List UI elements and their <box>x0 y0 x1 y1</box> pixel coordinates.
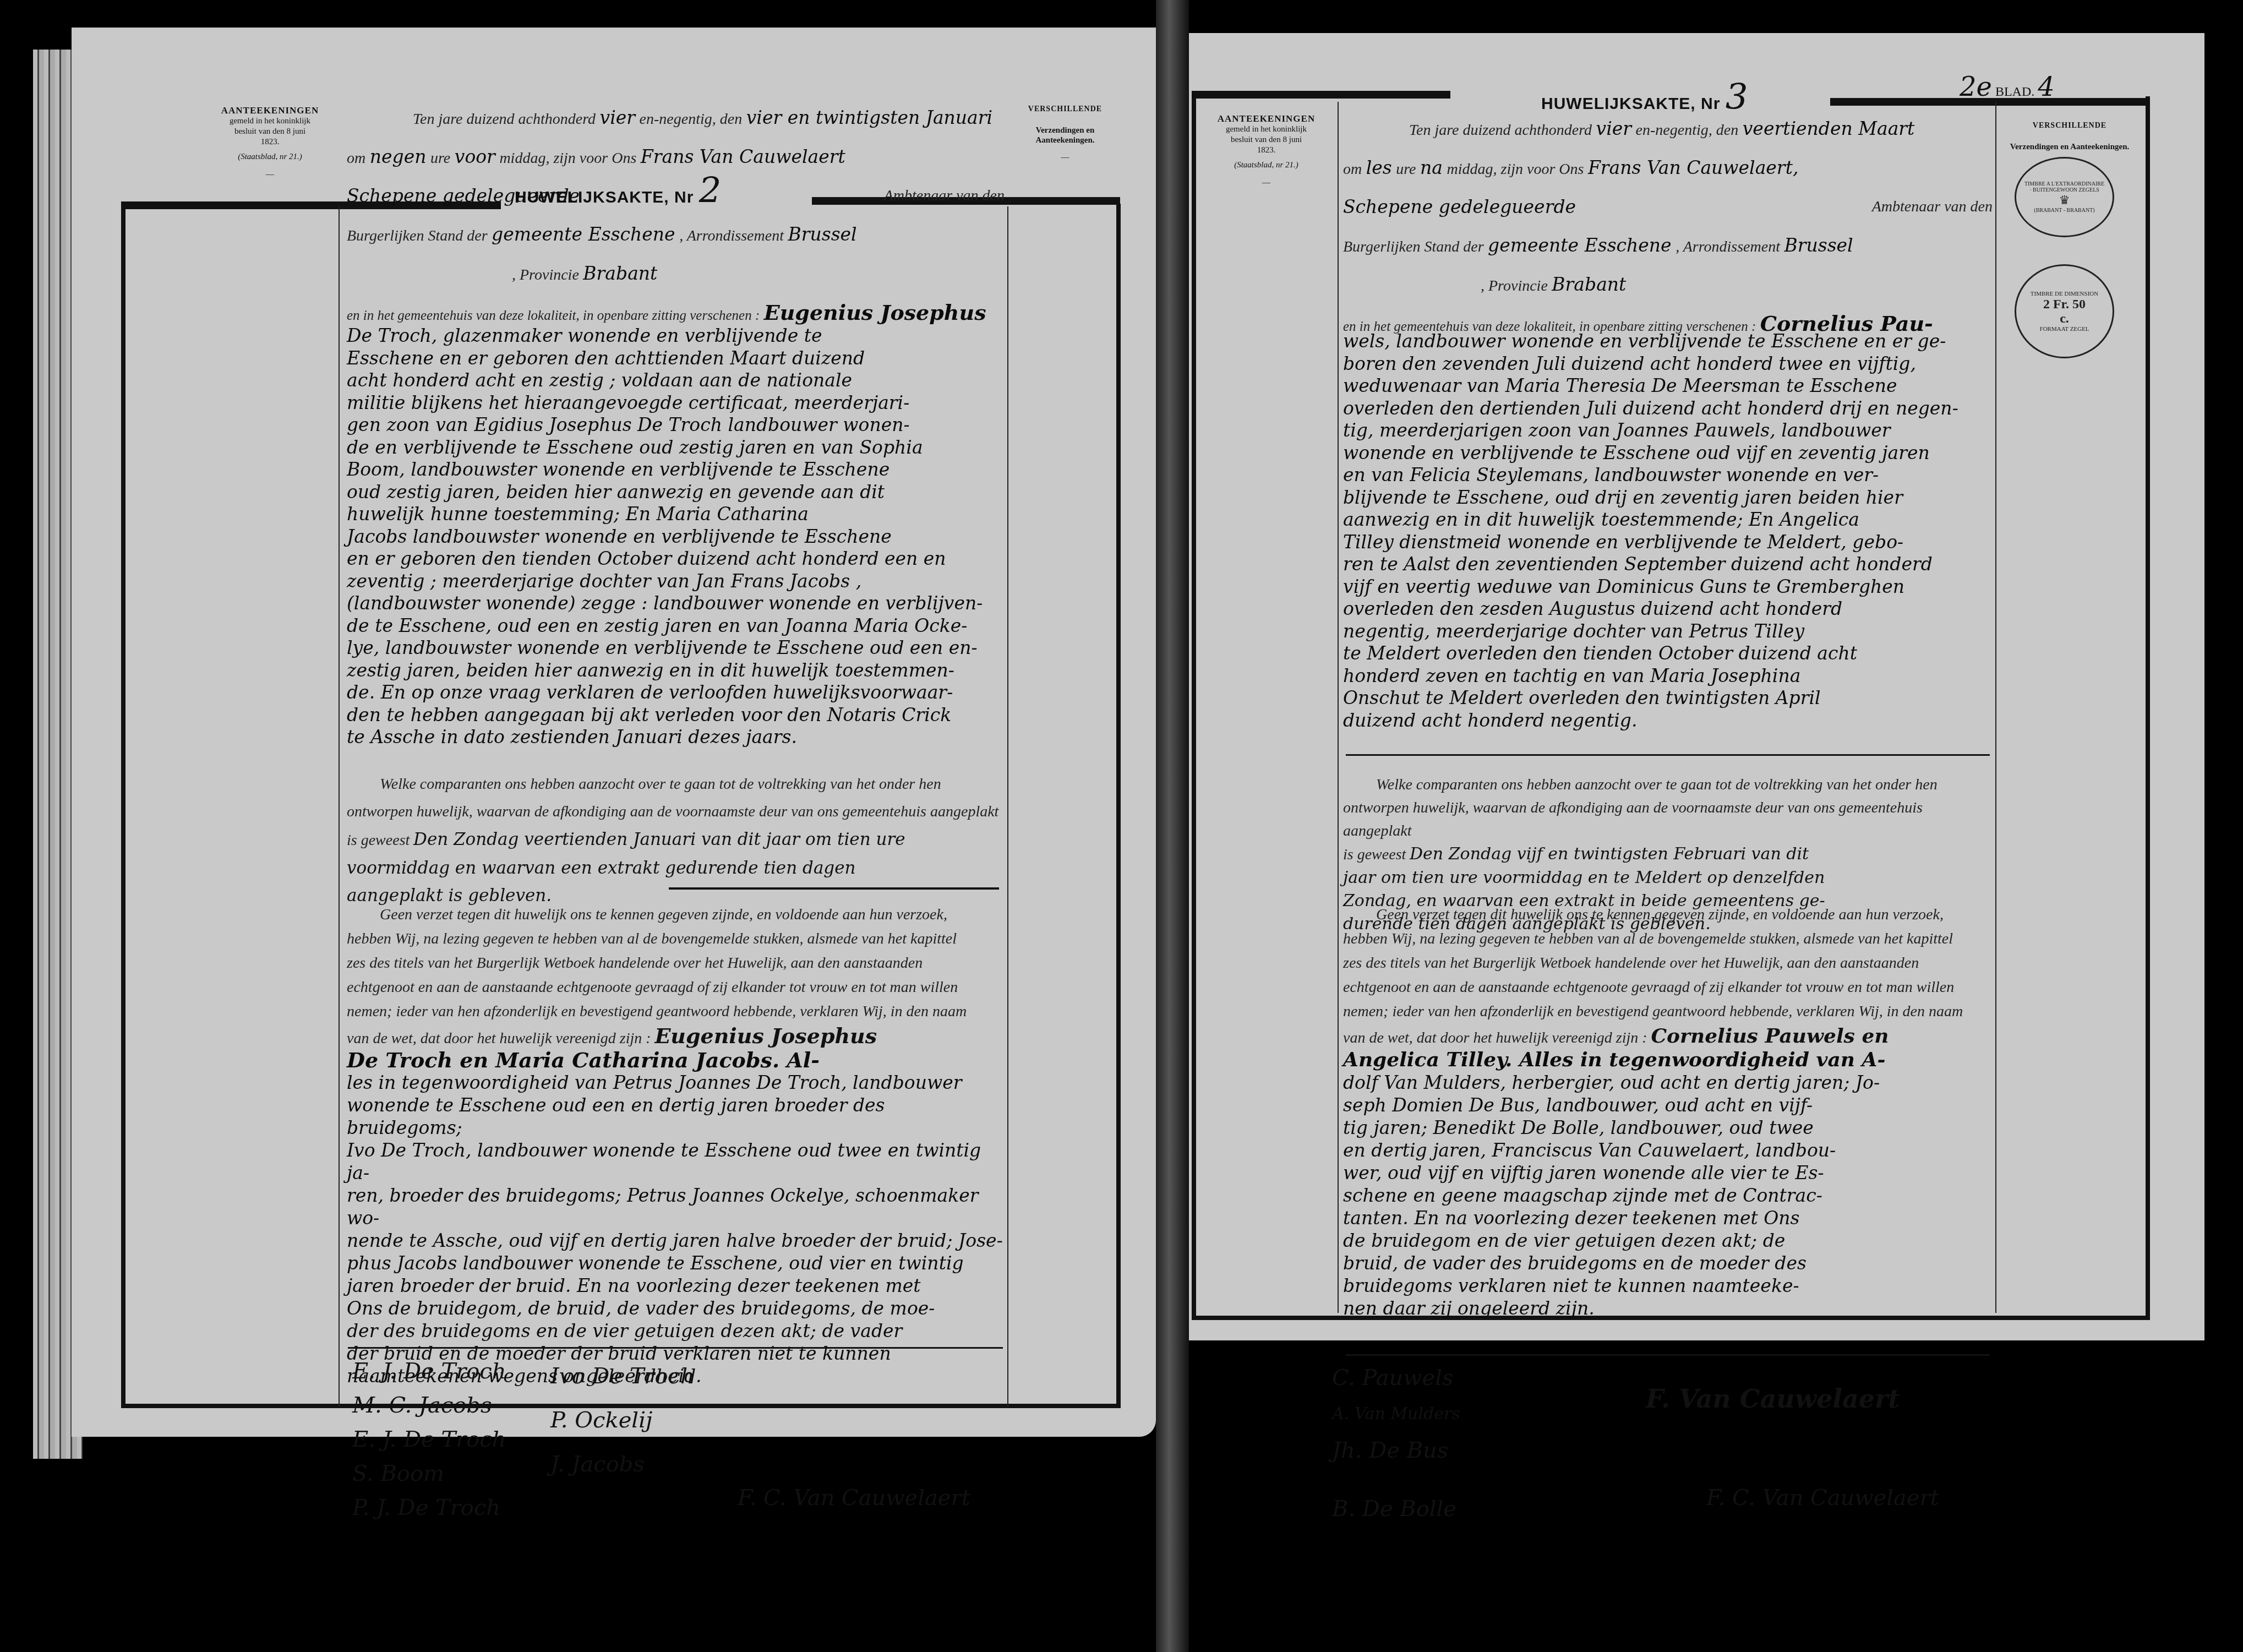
aanteekeningen-line: gemeld in het koninklijk <box>208 116 332 127</box>
handwritten-hour: negen <box>370 146 427 167</box>
left-aanteekeningen: AANTEEKENINGEN gemeld in het koninklijk … <box>208 105 332 180</box>
printed-line: Welke comparanten ons hebben aanzocht ov… <box>1343 773 1993 797</box>
body-line: Onschut te Meldert overleden den twintig… <box>1343 687 1993 710</box>
right-verzendingen: VERSCHILLENDE Verzendingen en Aanteekeni… <box>1998 121 2141 152</box>
body-line: bruidegoms verklaren niet te kunnen naam… <box>1343 1274 1993 1297</box>
printed-text: is geweest <box>347 832 410 849</box>
printed-line: nemen; ieder van hen afzonderlijk en bev… <box>1343 1000 1993 1024</box>
handwritten-province: Brabant <box>1552 274 1626 295</box>
verschillende-heading: VERSCHILLENDE <box>1013 105 1117 115</box>
body-line: phus Jacobs landbouwer wonende te Essche… <box>347 1252 1005 1274</box>
printed-line: ontworpen huwelijk, waarvan de afkondigi… <box>1343 797 1993 843</box>
right-intro: Ten jare duizend achthonderd vier en-neg… <box>1343 110 1993 346</box>
printed-text: Ten jare duizend achthonderd <box>413 111 596 128</box>
dimension-stamp: TIMBRE DE DIMENSION 2 Fr. 50 c. FORMAAT … <box>2015 264 2114 358</box>
aanteekeningen-staatsblad: (Staatsblad, nr 21.) <box>1199 160 1334 171</box>
publication-hand-line: Den Zondag vijf en twintigsten Februari … <box>1410 844 1809 864</box>
left-margin-divider <box>339 206 340 1406</box>
printed-line: nemen; ieder van hen afzonderlijk en bev… <box>347 1000 1005 1024</box>
handwritten-title: Schepene gedelegueerde <box>1343 196 1576 217</box>
folio-number: 4 <box>2038 72 2055 102</box>
folio-prefix: 2e <box>1960 72 1992 102</box>
dash: — <box>1199 178 1334 188</box>
left-margin-divider <box>1338 102 1339 1313</box>
stamp-value: 2 Fr. 50 c. <box>2043 297 2087 326</box>
handwritten-ampm: na <box>1420 157 1443 178</box>
aanteekeningen-heading: AANTEEKENINGEN <box>1199 113 1334 124</box>
body-line: acht honderd acht en zestig ; voldaan aa… <box>347 369 1005 392</box>
handwritten-officer: Frans Van Cauwelaert <box>641 146 845 167</box>
printed-line: hebben Wij, na lezing gegeven te hebben … <box>347 927 1005 951</box>
body-line: overleden den dertienden Juli duizend ac… <box>1343 397 1993 420</box>
body-line: der des bruidegoms en de vier getuigen d… <box>347 1320 1005 1342</box>
body-line: wonende en verblijvende te Esschene oud … <box>1343 442 1993 465</box>
section-rule <box>1346 754 1990 756</box>
body-line: de. En op onze vraag verklaren de verloo… <box>347 681 1005 704</box>
right-signatures-col1: C. Pauwels A. Van Mulders Jh. De Bus B. … <box>1332 1360 1460 1527</box>
body-line: aanwezig en in dit huwelijk toestemmende… <box>1343 509 1993 531</box>
body-line: seph Domien De Bus, landbouwer, oud acht… <box>1343 1094 1993 1116</box>
right-declaration: Geen verzet tegen dit huwelijk ons te ke… <box>1343 903 1993 1050</box>
body-line: tanten. En na voorlezing dezer teekenen … <box>1343 1207 1993 1229</box>
aanteekeningen-heading: AANTEEKENINGEN <box>208 105 332 116</box>
body-line: wonende te Esschene oud een en dertig ja… <box>347 1094 1005 1139</box>
aanteekeningen-line: 1823. <box>1199 145 1334 156</box>
folio-label: BLAD. <box>1995 85 2034 99</box>
body-line: wer, oud vijf en vijftig jaren wonende a… <box>1343 1162 1993 1184</box>
printed-text: ure <box>430 150 450 167</box>
dash: — <box>208 170 332 180</box>
handwritten-ampm: voor <box>455 146 495 167</box>
body-line: blijvende te Esschene, oud drij en zeven… <box>1343 487 1993 509</box>
body-line: den te hebben aangegaan bij akt verleden… <box>347 704 1005 727</box>
signature-rule <box>348 1347 1003 1349</box>
spouse-names: Eugenius Josephus <box>654 1023 877 1048</box>
printed-text: en in het gemeentehuis van deze lokalite… <box>347 308 760 323</box>
printed-line: ontworpen huwelijk, waarvan de afkondigi… <box>347 798 1005 826</box>
aanteekeningen-line: gemeld in het koninklijk <box>1199 124 1334 135</box>
printed-line: echtgenoot en aan de aanstaande echtgeno… <box>347 975 1005 1000</box>
body-line: dolf Van Mulders, herbergier, oud acht e… <box>1343 1071 1993 1094</box>
handwritten-year: vier <box>600 107 636 128</box>
body-line: bruid, de vader des bruidegoms en de moe… <box>1343 1252 1993 1274</box>
body-line: zeventig ; meerderjarige dochter van Jan… <box>347 570 1005 593</box>
left-signatures-col1: E. J. De Troch M. C. Jacobs E. J. De Tro… <box>352 1354 506 1525</box>
book-gutter <box>1156 0 1189 1652</box>
body-line: (landbouwster wonende) zegge : landbouwe… <box>347 592 1005 615</box>
verzendingen-subheading: Verzendingen en Aanteekeningen. <box>1013 126 1117 146</box>
body-line: nen daar zij ongeleerd zijn. <box>1343 1297 1993 1320</box>
right-officer-signature: F. C. Van Cauwelaert <box>1706 1481 1939 1515</box>
body-line: te Meldert overleden den tienden October… <box>1343 642 1993 665</box>
body-line: Jacobs landbouwster wonende en verblijve… <box>347 526 1005 548</box>
publication-hand-line: Den Zondag veertienden Januari van dit j… <box>413 830 905 849</box>
printed-line: echtgenoot en aan de aanstaande echtgeno… <box>1343 975 1993 1000</box>
printed-line: hebben Wij, na lezing gegeven te hebben … <box>1343 927 1993 951</box>
left-witness-text: De Troch en Maria Catharina Jacobs. Al- … <box>347 1049 1005 1387</box>
printed-line: Geen verzet tegen dit huwelijk ons te ke… <box>347 903 1005 927</box>
signature: E. J. De Troch <box>352 1354 506 1388</box>
body-line: lye, landbouwster wonende en verblijvend… <box>347 637 1005 659</box>
folio-marker: 2e BLAD. 4 <box>1960 72 2055 102</box>
body-line: weduwenaar van Maria Theresia De Meersma… <box>1343 375 1993 397</box>
handwritten-municipality: gemeente Esschene <box>492 223 675 245</box>
printed-text: om <box>347 150 365 167</box>
left-declaration: Geen verzet tegen dit huwelijk ons te ke… <box>347 903 1005 1051</box>
body-line: en er geboren den tienden October duizen… <box>347 548 1005 570</box>
printed-text: middag, zijn voor Ons <box>1447 161 1584 178</box>
printed-text: , Provincie <box>1481 277 1548 295</box>
handwritten-officer: Frans Van Cauwelaert, <box>1588 157 1798 178</box>
printed-line: Welke comparanten ons hebben aanzocht ov… <box>347 771 1005 798</box>
stamp-bottom-text: FORMAAT ZEGEL <box>2040 326 2089 332</box>
signature: M. C. Jacobs <box>352 1388 506 1422</box>
body-line: Ons de bruidegom, de bruid, de vader des… <box>347 1297 1005 1320</box>
lion-emblem-icon: ♛ <box>2059 193 2070 208</box>
aanteekeningen-line: besluit van den 8 juni <box>1199 135 1334 145</box>
body-line: de te Esschene, oud een en zestig jaren … <box>347 615 1005 637</box>
spouse-names: De Troch en Maria Catharina Jacobs. Al- <box>347 1049 1005 1071</box>
aanteekeningen-line: 1823. <box>208 137 332 148</box>
signature: E. J. De Troch <box>352 1422 506 1457</box>
verzendingen-subheading: Verzendingen en Aanteekeningen. <box>1998 142 2141 152</box>
printed-text: Burgerlijken Stand der <box>347 227 488 244</box>
body-line: Esschene en er geboren den achttienden M… <box>347 347 1005 370</box>
left-signatures-col2: Ivo De Troch P. Ockelij J. Jacobs <box>550 1354 695 1486</box>
handwritten-title: Schepene gedelegueerde <box>347 185 580 206</box>
printed-text: om <box>1343 161 1362 178</box>
printed-text: ure <box>1396 161 1416 178</box>
right-margin-divider <box>1995 102 1996 1313</box>
printed-text: Ten jare duizend achthonderd <box>1409 122 1592 139</box>
body-line: gen zoon van Egidius Josephus De Troch l… <box>347 414 1005 437</box>
printed-text: van de wet, dat door het huwelijk vereen… <box>347 1030 651 1047</box>
body-line: Boom, landbouwster wonende en verblijven… <box>347 459 1005 481</box>
publication-hand-line: voormiddag en waarvan een extrakt gedure… <box>347 854 1005 882</box>
left-verzendingen: VERSCHILLENDE Verzendingen en Aanteekeni… <box>1013 105 1117 163</box>
printed-text: , Arrondissement <box>1676 238 1780 255</box>
stamp-outer-text: TIMBRE DE DIMENSION <box>2031 291 2098 297</box>
aanteekeningen-line: besluit van den 8 juni <box>208 127 332 137</box>
printed-line: zes des titels van het Burgerlijk Wetboe… <box>1343 951 1993 975</box>
printed-text: Ambtenaar van den <box>1872 188 1993 226</box>
body-line: les in tegenwoordigheid van Petrus Joann… <box>347 1071 1005 1094</box>
body-line: Ivo De Troch, landbouwer wonende te Essc… <box>347 1139 1005 1184</box>
printed-line: zes des titels van het Burgerlijk Wetboe… <box>347 951 1005 975</box>
aanteekeningen-staatsblad: (Staatsblad, nr 21.) <box>208 152 332 162</box>
body-line: huwelijk hunne toestemming; En Maria Cat… <box>347 503 1005 526</box>
body-line: tig, meerderjarigen zoon van Joannes Pau… <box>1343 419 1993 442</box>
left-handwritten-body: De Troch, glazenmaker wonende en verblij… <box>347 325 1005 749</box>
printed-text: Ambtenaar van den <box>884 177 1005 215</box>
publication-hand-line: jaar om tien ure voormiddag en te Melder… <box>1343 866 1993 890</box>
handwritten-arrondissement: Brussel <box>1784 235 1853 256</box>
body-line: negentig, meerderjarige dochter van Petr… <box>1343 620 1993 643</box>
left-officer-signature: F. C. Van Cauwelaert <box>738 1481 970 1515</box>
signature: Jh. De Bus <box>1332 1432 1460 1469</box>
printed-text: , Arrondissement <box>679 227 784 244</box>
right-margin-divider <box>1007 206 1008 1406</box>
signature: C. Pauwels <box>1332 1360 1460 1396</box>
body-line: ren te Aalst den zeventienden September … <box>1343 553 1993 576</box>
body-line: en dertig jaren, Franciscus Van Cauwelae… <box>1343 1139 1993 1162</box>
stamp-bottom-text: (BRABANT - BRABANT) <box>2034 208 2094 214</box>
body-line: zestig jaren, beiden hier aanwezig en in… <box>347 659 1005 682</box>
signature: F. C. Van Cauwelaert <box>1706 1481 1939 1515</box>
signature: F. C. Van Cauwelaert <box>738 1481 970 1515</box>
body-line: en van Felicia Steylemans, landbouwster … <box>1343 464 1993 487</box>
handwritten-date: veertienden Maart <box>1743 118 1915 139</box>
handwritten-date: vier en twintigsten Januari <box>746 107 992 128</box>
body-line: nende te Assche, oud vijf en dertig jare… <box>347 1229 1005 1252</box>
right-aanteekeningen: AANTEEKENINGEN gemeld in het koninklijk … <box>1199 113 1334 188</box>
body-line: jaren broeder der bruid. En na voorlezin… <box>347 1274 1005 1297</box>
body-line: duizend acht honderd negentig. <box>1343 710 1993 732</box>
handwritten-groom-name: Eugenius Josephus <box>764 300 986 325</box>
signature: P. Ockelij <box>550 1398 695 1442</box>
body-line: wels, landbouwer wonende en verblijvende… <box>1343 330 1993 353</box>
body-line: te Assche in dato zestienden Januari dez… <box>347 726 1005 749</box>
signature: Ivo De Troch <box>550 1354 695 1398</box>
printed-text: , Provincie <box>512 266 579 283</box>
body-line: De Troch, glazenmaker wonende en verblij… <box>347 325 1005 347</box>
handwritten-year: vier <box>1596 118 1632 139</box>
printed-line: Geen verzet tegen dit huwelijk ons te ke… <box>1343 903 1993 927</box>
printed-text: Burgerlijken Stand der <box>1343 238 1484 255</box>
body-line: tig jaren; Benedikt De Bolle, landbouwer… <box>1343 1116 1993 1139</box>
right-witness-signature: F. Van Cauwelaert <box>1646 1382 1900 1416</box>
body-line: militie blijkens het hieraangevoegde cer… <box>347 392 1005 415</box>
body-line: de bruidegom en de vier getuigen dezen a… <box>1343 1229 1993 1252</box>
spouse-names: Cornelius Pauwels en <box>1651 1024 1889 1048</box>
body-line: schene en geene maagschap zijnde met de … <box>1343 1184 1993 1207</box>
right-handwritten-body: wels, landbouwer wonende en verblijvende… <box>1343 330 1993 732</box>
body-line: Tilley dienstmeid wonende en verblijvend… <box>1343 531 1993 554</box>
fill-rule <box>669 887 999 890</box>
handwritten-province: Brabant <box>583 263 657 284</box>
signature: J. Jacobs <box>550 1442 695 1486</box>
printed-text: van de wet, dat door het huwelijk vereen… <box>1343 1029 1647 1046</box>
handwritten-municipality: gemeente Esschene <box>1488 235 1672 256</box>
printed-text: middag, zijn voor Ons <box>499 150 636 167</box>
dash: — <box>1013 152 1117 163</box>
body-line: vijf en veertig weduwe van Dominicus Gun… <box>1343 576 1993 598</box>
stamp-outer-text: TIMBRE A L'EXTRAORDINAIRE · BUITENGEWOON… <box>2023 181 2106 193</box>
signature: F. Van Cauwelaert <box>1646 1382 1900 1416</box>
left-intro: Ten jare duizend achthonderd vier en-neg… <box>347 99 1005 335</box>
body-line: honderd zeven en tachtig en van Maria Jo… <box>1343 665 1993 688</box>
signature: S. Boom <box>352 1457 506 1491</box>
signature: B. De Bolle <box>1332 1491 1460 1527</box>
body-line: boren den zevenden Juli duizend acht hon… <box>1343 353 1993 375</box>
body-line: ren, broeder des bruidegoms; Petrus Joan… <box>347 1184 1005 1229</box>
printed-text: en-negentig, den <box>1636 122 1739 139</box>
printed-text: en-negentig, den <box>640 111 743 128</box>
body-line: de en verblijvende te Esschene oud zesti… <box>347 437 1005 459</box>
handwritten-arrondissement: Brussel <box>788 223 856 245</box>
right-witness-text: Angelica Tilley. Alles in tegenwoordighe… <box>1343 1049 1993 1320</box>
signature-rule <box>1346 1354 1990 1356</box>
extraordinary-tax-stamp: TIMBRE A L'EXTRAORDINAIRE · BUITENGEWOON… <box>2015 157 2114 237</box>
printed-text: is geweest <box>1343 846 1406 863</box>
verschillende-heading: VERSCHILLENDE <box>1998 121 2141 131</box>
right-header-rule-left <box>1192 91 1450 99</box>
signature: A. Van Mulders <box>1332 1396 1460 1432</box>
handwritten-hour: les <box>1366 157 1392 178</box>
spouse-names: Angelica Tilley. Alles in tegenwoordighe… <box>1343 1049 1993 1071</box>
signature: P. J. De Troch <box>352 1491 506 1525</box>
body-line: overleden den zesden Augustus duizend ac… <box>1343 598 1993 620</box>
body-line: oud zestig jaren, beiden hier aanwezig e… <box>347 481 1005 504</box>
